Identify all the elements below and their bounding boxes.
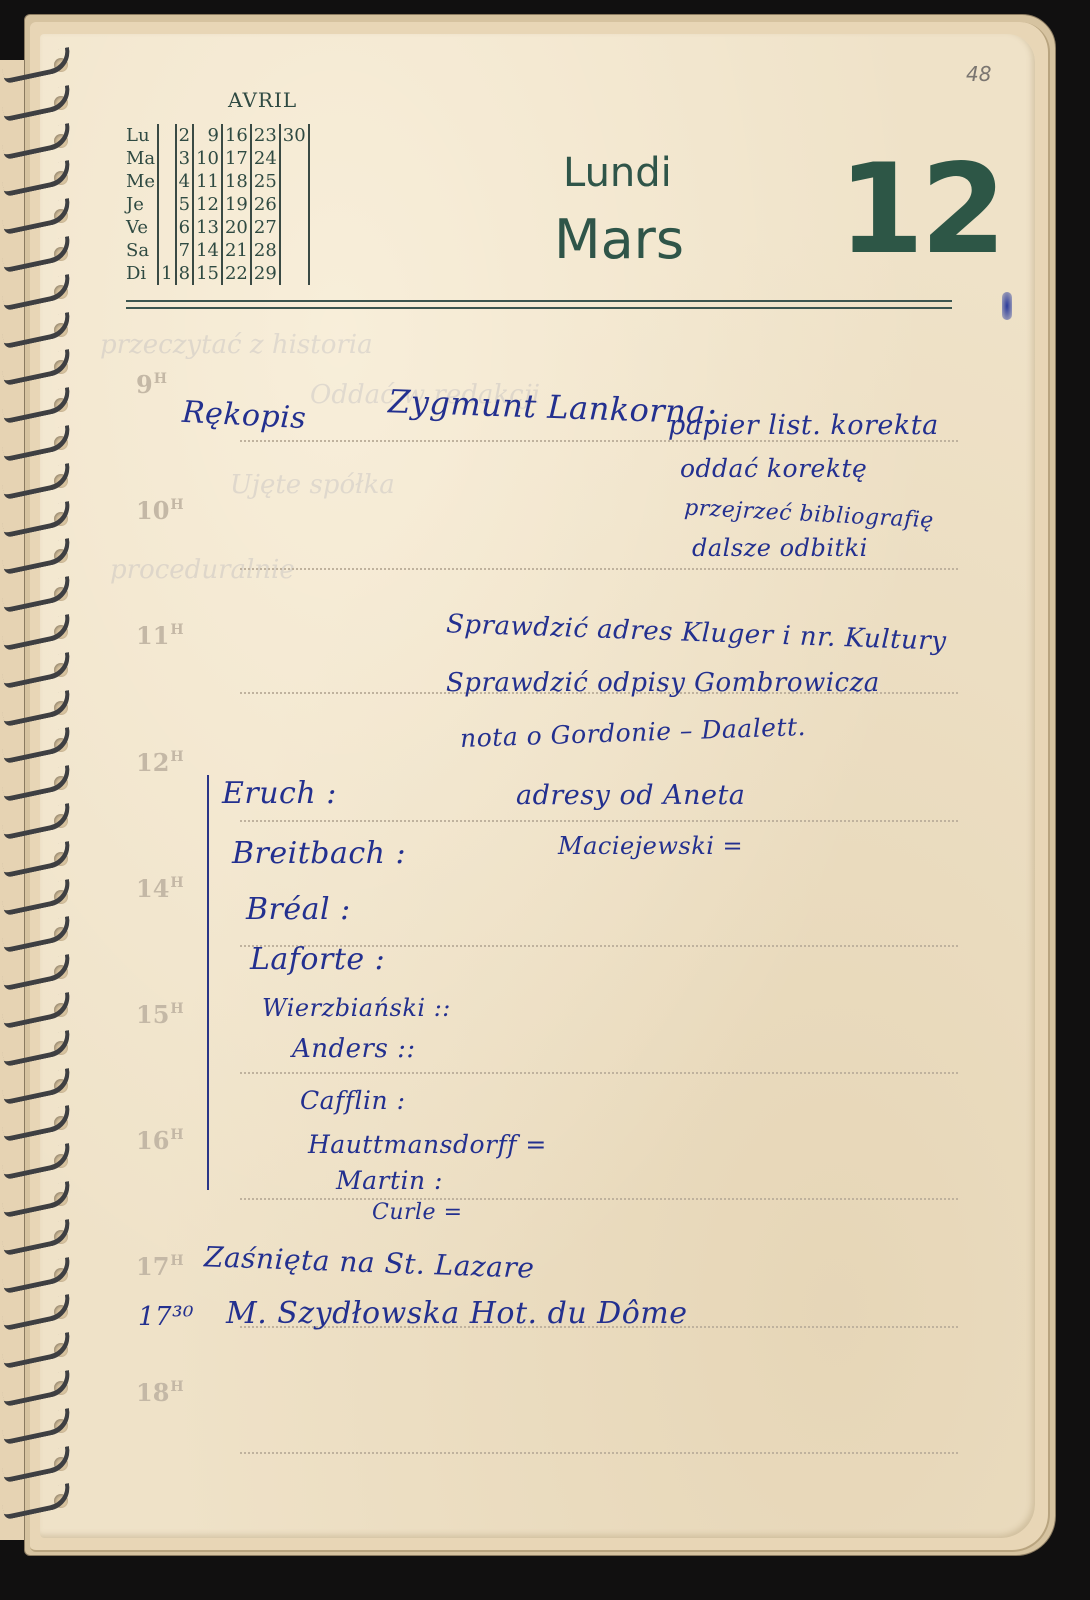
spiral-coil [0, 614, 73, 651]
calendar-date: 29 [251, 262, 280, 285]
spiral-coil [0, 1219, 73, 1256]
spiral-coil [0, 1408, 73, 1445]
handwritten-bracket-line [207, 775, 209, 1190]
hour-label: 15H [136, 1000, 184, 1029]
weekday-abbrev: Ma [124, 147, 158, 170]
calendar-date: 6 [176, 216, 193, 239]
calendar-date: 24 [251, 147, 280, 170]
calendar-date: 17 [222, 147, 251, 170]
spiral-coil [0, 425, 73, 462]
calendar-date: 4 [176, 170, 193, 193]
spiral-coil [0, 274, 73, 311]
calendar-date: 5 [176, 193, 193, 216]
mini-calendar-grid: Lu29162330Ma3101724Me4111825Je5121926Ve6… [124, 124, 310, 285]
spiral-coil [0, 123, 73, 160]
calendar-date: 18 [222, 170, 251, 193]
calendar-date: 8 [176, 262, 193, 285]
spiral-coil [0, 463, 73, 500]
spiral-coil [0, 916, 73, 953]
month-label: Mars [554, 208, 684, 271]
spiral-coil [0, 1483, 73, 1520]
hour-number: 14 [136, 874, 169, 903]
spiral-coil [0, 198, 73, 235]
handwritten-task-2: Sprawdzić odpisy Gombrowicza [446, 668, 880, 698]
hour-suffix: H [170, 497, 183, 513]
spiral-coil [0, 85, 73, 122]
handwritten-name-9: Martin : [336, 1166, 443, 1195]
header-rule-bottom [126, 307, 952, 309]
spiral-coil [0, 765, 73, 802]
hour-label: 10H [136, 496, 184, 525]
handwritten-name-2: Breitbach : [232, 836, 406, 871]
calendar-date: 7 [176, 239, 193, 262]
calendar-date [158, 170, 175, 193]
hour-suffix: H [170, 1253, 183, 1269]
calendar-date [280, 170, 309, 193]
calendar-date: 23 [251, 124, 280, 147]
handwritten-name-3: Bréal : [246, 892, 351, 927]
dotted-rule [240, 568, 958, 570]
hour-suffix: H [154, 371, 167, 387]
hour-label: 12H [136, 748, 184, 777]
calendar-date: 13 [193, 216, 222, 239]
calendar-date [280, 147, 309, 170]
spiral-coil [0, 1030, 73, 1067]
calendar-date [158, 239, 175, 262]
calendar-date: 19 [222, 193, 251, 216]
handwritten-name-1: Eruch : [222, 776, 337, 811]
weekday-label: Lundi [563, 150, 672, 196]
spiral-coil [0, 879, 73, 916]
calendar-date [280, 216, 309, 239]
calendar-date: 9 [193, 124, 222, 147]
hour-number: 10 [136, 496, 169, 525]
hour-number: 17 [136, 1252, 169, 1281]
dotted-rule [240, 1452, 958, 1454]
calendar-date: 15 [193, 262, 222, 285]
hour-label: 14H [136, 874, 184, 903]
weekday-abbrev: Di [124, 262, 158, 285]
hour-suffix: H [170, 1379, 183, 1395]
spiral-coil [0, 349, 73, 386]
handwritten-maciejewski: Maciejewski = [558, 832, 743, 860]
calendar-date: 22 [222, 262, 251, 285]
hour-number: 9 [136, 370, 153, 399]
spiral-binding [0, 60, 80, 1540]
handwritten-note-line-2: oddać korektę [680, 454, 867, 483]
calendar-date: 3 [176, 147, 193, 170]
weekday-abbrev: Lu [124, 124, 158, 147]
spiral-coil [0, 236, 73, 273]
handwritten-1730-entry: M. Szydłowska Hot. du Dôme [226, 1296, 688, 1331]
hour-number: 18 [136, 1378, 169, 1407]
handwritten-name-4: Laforte : [250, 942, 385, 977]
calendar-date: 30 [280, 124, 309, 147]
mini-calendar-row: Je5121926 [124, 193, 309, 216]
show-through-text: Ujęte spółka [230, 470, 395, 500]
mini-calendar-row: Di18152229 [124, 262, 309, 285]
weekday-abbrev: Ve [124, 216, 158, 239]
spiral-coil [0, 992, 73, 1029]
spiral-coil [0, 1105, 73, 1142]
show-through-text: przeczytać z historia [100, 330, 373, 360]
spiral-coil [0, 47, 73, 84]
spiral-coil [0, 841, 73, 878]
spiral-coil [0, 727, 73, 764]
spiral-coil [0, 160, 73, 197]
mini-calendar-row: Me4111825 [124, 170, 309, 193]
spiral-coil [0, 1068, 73, 1105]
hour-number: 12 [136, 748, 169, 777]
calendar-date: 10 [193, 147, 222, 170]
dotted-rule [240, 1072, 958, 1074]
handwritten-name-7: Cafflin : [300, 1086, 406, 1115]
spiral-coil [0, 1143, 73, 1180]
handwritten-name-10: Curle = [372, 1200, 463, 1225]
spiral-coil [0, 954, 73, 991]
calendar-date: 25 [251, 170, 280, 193]
calendar-date: 11 [193, 170, 222, 193]
hour-label: 16H [136, 1126, 184, 1155]
spiral-coil [0, 576, 73, 613]
mini-calendar-row: Lu29162330 [124, 124, 309, 147]
calendar-date [280, 239, 309, 262]
hour-number: 11 [136, 621, 169, 650]
day-number: 12 [838, 138, 1003, 282]
calendar-date [280, 193, 309, 216]
spiral-coil [0, 538, 73, 575]
hour-label: 17H [136, 1252, 184, 1281]
calendar-date: 1 [158, 262, 175, 285]
spiral-coil [0, 803, 73, 840]
calendar-date: 16 [222, 124, 251, 147]
calendar-date: 27 [251, 216, 280, 239]
handwritten-name-6: Anders :: [292, 1034, 416, 1064]
spiral-coil [0, 1446, 73, 1483]
calendar-date [158, 193, 175, 216]
spiral-coil [0, 387, 73, 424]
mini-calendar-row: Sa7142128 [124, 239, 309, 262]
hour-label: 9H [136, 370, 167, 399]
spiral-coil [0, 1332, 73, 1369]
hour-label: 11H [136, 621, 184, 650]
calendar-date: 2 [176, 124, 193, 147]
calendar-date [280, 262, 309, 285]
hour-number: 15 [136, 1000, 169, 1029]
spiral-coil [0, 1294, 73, 1331]
calendar-date [158, 216, 175, 239]
calendar-date: 28 [251, 239, 280, 262]
weekday-abbrev: Me [124, 170, 158, 193]
spiral-coil [0, 1370, 73, 1407]
hour-suffix: H [170, 749, 183, 765]
calendar-date: 26 [251, 193, 280, 216]
weekday-abbrev: Sa [124, 239, 158, 262]
hour-suffix: H [170, 622, 183, 638]
mini-calendar-row: Ma3101724 [124, 147, 309, 170]
show-through-text: proceduralnie [110, 555, 295, 585]
handwritten-note-line-1: papier list. korekta [668, 410, 939, 441]
folio-number: 48 [966, 62, 991, 86]
hour-suffix: H [170, 875, 183, 891]
dotted-rule [240, 820, 958, 822]
hour-label: 18H [136, 1378, 184, 1407]
calendar-date: 20 [222, 216, 251, 239]
spiral-coil [0, 690, 73, 727]
dotted-rule [240, 1198, 958, 1200]
spiral-coil [0, 312, 73, 349]
calendar-date: 21 [222, 239, 251, 262]
hour-suffix: H [170, 1127, 183, 1143]
handwritten-name-5: Wierzbiański :: [262, 994, 451, 1022]
handwritten-name-8: Hauttmansdorff = [308, 1130, 547, 1159]
hour-suffix: H [170, 1001, 183, 1017]
spiral-coil [0, 652, 73, 689]
spiral-coil [0, 501, 73, 538]
calendar-date [158, 147, 175, 170]
ink-smudge [1002, 292, 1012, 320]
spiral-coil [0, 1257, 73, 1294]
header-rule-top [126, 300, 952, 302]
handwritten-1730-time: 17³⁰ [138, 1302, 194, 1332]
calendar-date: 12 [193, 193, 222, 216]
weekday-abbrev: Je [124, 193, 158, 216]
handwritten-note-line-4: dalsze odbitki [692, 534, 868, 562]
handwritten-rekopis: Rękopis [181, 395, 307, 436]
mini-calendar-month: AVRIL [228, 88, 297, 112]
calendar-date [158, 124, 175, 147]
mini-calendar-row: Ve6132027 [124, 216, 309, 239]
spiral-coil [0, 1181, 73, 1218]
hour-number: 16 [136, 1126, 169, 1155]
calendar-date: 14 [193, 239, 222, 262]
handwritten-adresy: adresy od Aneta [516, 780, 745, 811]
